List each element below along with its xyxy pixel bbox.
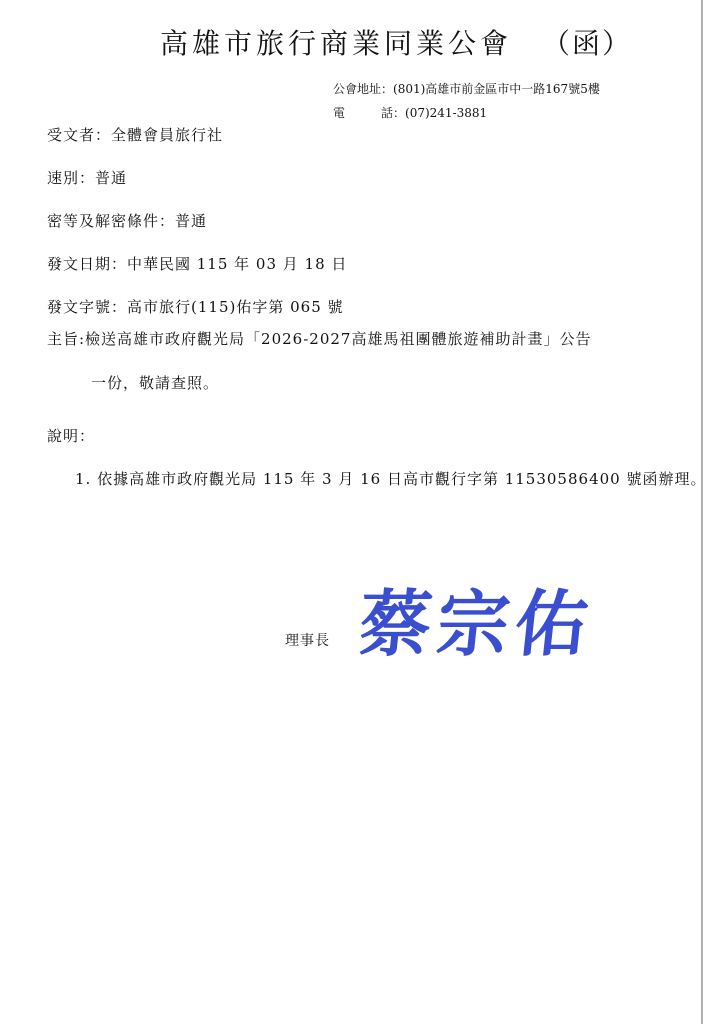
signatory-title: 理事長 (285, 630, 330, 650)
phone-line: 電話：(07)241-3881 (333, 104, 487, 121)
subject-line-2: 一份，敬請查照。 (91, 372, 219, 393)
explanation-item: 1. 依據高雄市政府觀光局 115 年 3 月 16 日高市觀行字第 11530… (75, 468, 703, 489)
secrecy-field: 密等及解密條件：普通 (47, 210, 207, 231)
org-title: 高雄市旅行商業同業公會 (160, 27, 512, 60)
phone-label-2: 話： (381, 106, 405, 120)
speed-field: 速別：普通 (47, 167, 127, 188)
recipient-field: 受文者：全體會員旅行社 (47, 124, 223, 145)
phone-label-1: 電 (333, 106, 345, 120)
date-field: 發文日期：中華民國 115 年 03 月 18 日 (47, 253, 347, 274)
signature-stamp: 蔡宗佑 (355, 566, 600, 670)
address-label: 公會地址： (333, 82, 393, 96)
doc-type: （函） (542, 27, 632, 60)
document-header: 高雄市旅行商業同業公會（函） (160, 22, 632, 62)
explanation-heading: 說明： (47, 425, 95, 446)
phone-value: (07)241-3881 (405, 106, 487, 120)
subject-line-1: 主旨:檢送高雄市政府觀光局「2026-2027高雄馬祖團體旅遊補助計畫」公告 (47, 328, 591, 349)
address-line: 公會地址：(801)高雄市前金區市中一路167號5樓 (333, 80, 600, 97)
address-value: (801)高雄市前金區市中一路167號5樓 (393, 82, 600, 96)
doc-number-field: 發文字號：高市旅行(115)佑字第 065 號 (47, 296, 344, 317)
